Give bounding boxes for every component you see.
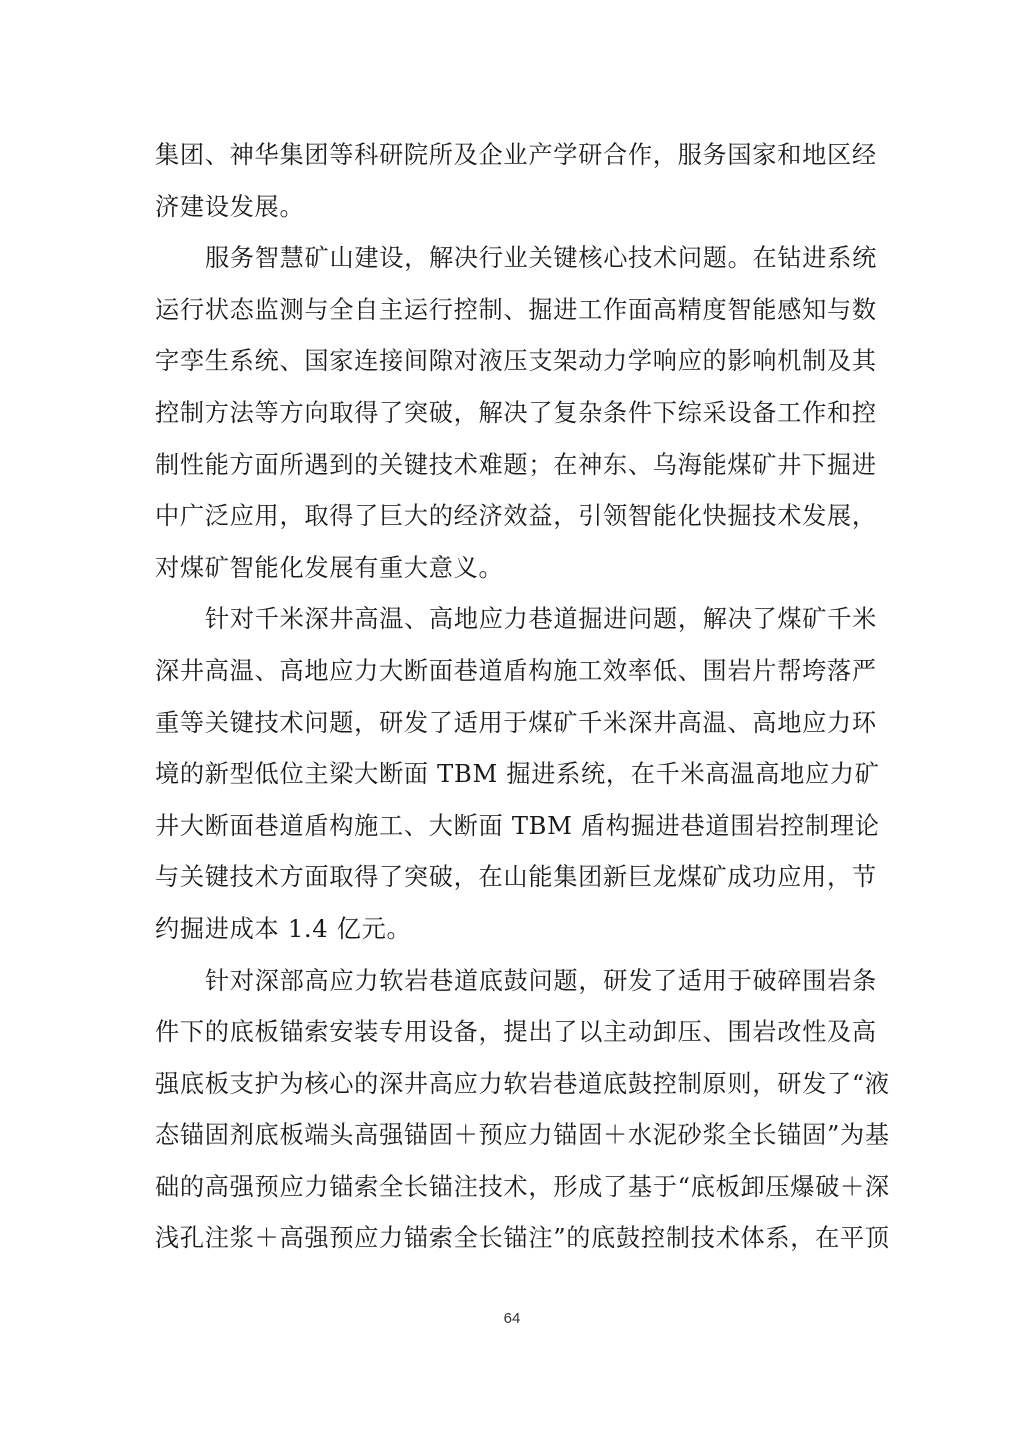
text-line: 重等关键技术问题，研发了适用于煤矿千米深井高温、高地应力环: [155, 698, 855, 750]
text-line: 浅孔注浆＋高强预应力锚索全长锚注”的底鼓控制技术体系，在平顶: [155, 1213, 855, 1265]
text-line: 制性能方面所遇到的关键技术难题；在神东、乌海能煤矿井下掘进: [155, 440, 855, 492]
document-page: 集团、神华集团等科研院所及企业产学研合作，服务国家和地区经 济建设发展。 服务智…: [0, 0, 1024, 1448]
text-line: 济建设发展。: [155, 182, 855, 234]
text-line: 约掘进成本 1.4 亿元。: [155, 904, 855, 956]
text-line: 深井高温、高地应力大断面巷道盾构施工效率低、围岩片帮垮落严: [155, 646, 855, 698]
text-line: 服务智慧矿山建设，解决行业关键核心技术问题。在钻进系统: [155, 233, 855, 285]
text-line: 对煤矿智能化发展有重大意义。: [155, 543, 855, 595]
text-line: 集团、神华集团等科研院所及企业产学研合作，服务国家和地区经: [155, 130, 855, 182]
text-line: 中广泛应用，取得了巨大的经济效益，引领智能化快掘技术发展，: [155, 491, 855, 543]
text-line: 字孪生系统、国家连接间隙对液压支架动力学响应的影响机制及其: [155, 336, 855, 388]
text-line: 针对深部高应力软岩巷道底鼓问题，研发了适用于破碎围岩条: [155, 956, 855, 1008]
text-line: 件下的底板锚索安装专用设备，提出了以主动卸压、围岩改性及高: [155, 1007, 855, 1059]
text-line: 与关键技术方面取得了突破，在山能集团新巨龙煤矿成功应用，节: [155, 852, 855, 904]
text-line: 井大断面巷道盾构施工、大断面 TBM 盾构掘进巷道围岩控制理论: [155, 801, 855, 853]
body-text: 集团、神华集团等科研院所及企业产学研合作，服务国家和地区经 济建设发展。 服务智…: [155, 130, 855, 1265]
text-line: 控制方法等方向取得了突破，解决了复杂条件下综采设备工作和控: [155, 388, 855, 440]
text-line: 针对千米深井高温、高地应力巷道掘进问题，解决了煤矿千米: [155, 594, 855, 646]
text-line: 运行状态监测与全自主运行控制、掘进工作面高精度智能感知与数: [155, 285, 855, 337]
text-line: 态锚固剂底板端头高强锚固＋预应力锚固＋水泥砂浆全长锚固”为基: [155, 1110, 855, 1162]
page-number: 64: [0, 1310, 1024, 1327]
text-line: 强底板支护为核心的深井高应力软岩巷道底鼓控制原则，研发了“液: [155, 1059, 855, 1111]
text-line: 础的高强预应力锚索全长锚注技术，形成了基于“底板卸压爆破＋深: [155, 1162, 855, 1214]
text-line: 境的新型低位主梁大断面 TBM 掘进系统，在千米高温高地应力矿: [155, 749, 855, 801]
